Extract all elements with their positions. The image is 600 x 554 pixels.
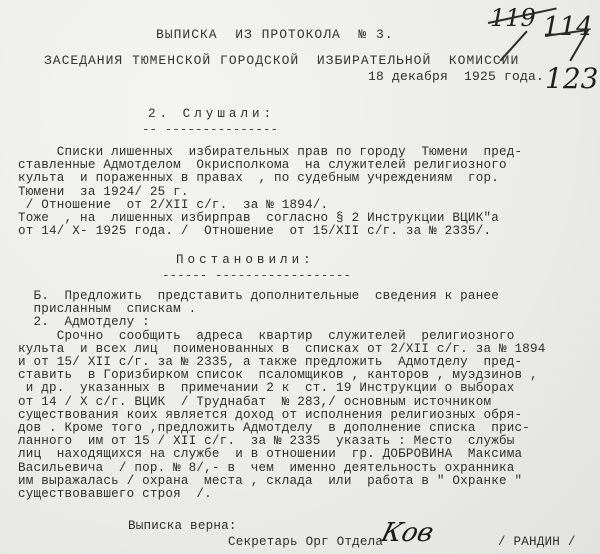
document-page: ВЫПИСКА ИЗ ПРОТОКОЛА № 3. ЗАСЕДАНИЯ ТЮМЕ… xyxy=(0,0,600,554)
resolved-line: 2. Адмотделу : xyxy=(18,316,150,329)
heard-line: от 14/ X- 1925 года. / Отношение от 15/X… xyxy=(18,225,491,238)
signature: Ков xyxy=(378,518,437,548)
secretary-name: / РАНДИН / xyxy=(498,536,576,549)
resolved-line: им выражалась / охрана места , склада ил… xyxy=(18,475,522,488)
margin-number-3: 123 xyxy=(545,62,598,95)
resolved-line: лиц находящихся на службе и в отношении … xyxy=(18,448,522,461)
heard-line: культа и пораженных в правах , по судебн… xyxy=(18,172,499,185)
heard-underline: -- --------------- xyxy=(142,124,278,137)
resolved-line: и от 15/ XII с/г. за № 2335, а также пре… xyxy=(18,356,522,369)
resolved-line: от 14 / X с/г. ВЦИК / Труднабат № 283,/ … xyxy=(18,396,491,409)
resolved-line: существовавшего строя /. xyxy=(18,488,212,501)
resolved-line: ланного им от 15 / XII с/г. за № 2335 ук… xyxy=(18,435,514,448)
resolved-line: Срочно сообщить адреса квартир служителе… xyxy=(18,330,514,343)
resolved-line: присланным спискам . xyxy=(18,303,196,316)
heard-heading: 2. Слушали: xyxy=(148,108,275,121)
resolved-underline: ------ ------------------ xyxy=(162,270,351,283)
resolved-line: дов . Кроме того ,предложить Адмотделу в… xyxy=(18,422,530,435)
resolved-line: Васильевича / пор. № 8/,- в чем именно д… xyxy=(18,462,514,475)
secretary-label: Секретарь Орг Отдела xyxy=(228,536,383,549)
heard-line: Списки лишенных избирательных прав по го… xyxy=(18,146,522,159)
commission-title: ЗАСЕДАНИЯ ТЮМЕНСКОЙ ГОРОДСКОЙ ИЗБИРАТЕЛЬ… xyxy=(44,54,519,67)
meeting-date: 18 декабря 1925 года. xyxy=(368,70,544,83)
heard-line: / Отношение от 2/XII с/г. за № 1894/. xyxy=(18,199,328,212)
resolved-line: культа и всех лиц поименованных в списка… xyxy=(18,343,546,356)
heard-line: Тоже , на лишенных избирправ согласно § … xyxy=(18,212,499,225)
resolved-line: ставить в Горизбирком список псаломщиков… xyxy=(18,369,538,382)
resolved-line: существования коих является доход от исп… xyxy=(18,409,522,422)
heard-line: ставленные Адмотделом Окрисполкома на сл… xyxy=(18,159,507,172)
document-title: ВЫПИСКА ИЗ ПРОТОКОЛА № 3. xyxy=(156,28,394,41)
resolved-heading: Постановили: xyxy=(176,254,315,267)
heard-line: Тюмени за 1924/ 25 г. xyxy=(18,186,189,199)
certified-label: Выписка верна: xyxy=(128,520,237,533)
margin-number-2: 114 xyxy=(543,12,593,42)
resolved-line: и др. указанных в примечании 2 к ст. 19 … xyxy=(18,382,514,395)
resolved-line: Б. Предложить представить дополнительные… xyxy=(18,290,499,303)
